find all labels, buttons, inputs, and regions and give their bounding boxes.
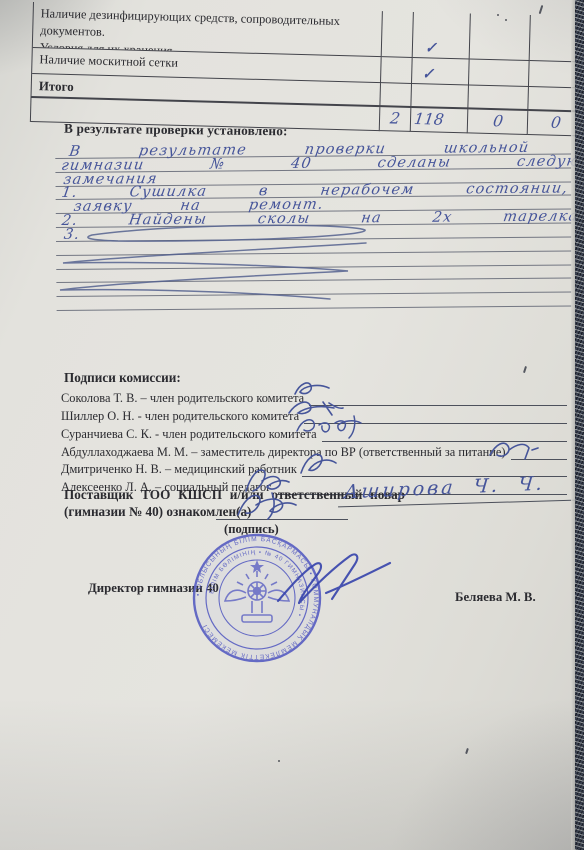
result-heading: В результате проверки установлено: xyxy=(64,121,288,140)
checkmark: ✓ xyxy=(424,40,437,57)
table-cell xyxy=(381,57,413,84)
ruled-line xyxy=(56,250,572,256)
paper-speck xyxy=(497,14,499,16)
handwriting-area: В результате проверки школьной столовой … xyxy=(55,146,573,326)
total-value: 0 xyxy=(468,109,529,135)
table-cell xyxy=(469,59,530,87)
member-name-role: Суранчиева С. К. - член родительского ко… xyxy=(61,427,317,442)
paper-speck xyxy=(278,760,280,762)
row3-label: Итого xyxy=(39,78,74,94)
commission-member-row: Суранчиева С. К. - член родительского ко… xyxy=(61,424,567,442)
supplier-line2: (гимназии № 40) ознакомлен(а) xyxy=(64,504,251,520)
paper-speck xyxy=(505,19,507,21)
table-cell xyxy=(412,58,470,85)
supplier-line1: Поставщик ТОО КШСП и/или ответственный п… xyxy=(64,487,352,503)
total-handwritten: 0 xyxy=(491,111,504,133)
director-signature xyxy=(268,543,398,617)
table-cell xyxy=(380,83,412,108)
pen-tick xyxy=(539,5,543,14)
ruled-line xyxy=(57,291,573,297)
member-underline xyxy=(304,408,567,424)
total-value: 2 xyxy=(380,107,412,132)
member-name-role: Дмитриченко Н. В. – медицинский работник xyxy=(61,462,297,477)
pen-tick xyxy=(465,748,468,754)
table-cell xyxy=(411,84,469,109)
total-handwritten: 0 xyxy=(550,112,563,134)
member-name-role: Шиллер О. Н. - член родительского комите… xyxy=(61,409,299,424)
commission-member-row: Шиллер О. Н. - член родительского комите… xyxy=(61,406,567,424)
table-cell xyxy=(382,11,414,58)
commission-heading: Подписи комиссии: xyxy=(64,370,181,386)
ruled-line xyxy=(56,236,572,242)
pen-tick xyxy=(523,366,527,373)
director-name: Беляева М. В. xyxy=(455,590,536,605)
total-value: 118 xyxy=(411,108,469,133)
member-underline xyxy=(309,390,567,406)
ruled-line xyxy=(56,277,572,283)
member-underline xyxy=(511,444,567,460)
supplier-sign-underline xyxy=(216,519,348,520)
inspection-table: Наличие дезинфицирующих средств, сопрово… xyxy=(30,2,584,139)
row2-label: Наличие москитной сетки xyxy=(39,52,178,70)
checkmark: ✓ xyxy=(422,66,435,83)
commission-member-row: Соколова Т. В. – член родительского коми… xyxy=(61,388,567,406)
scanned-inspection-act: Наличие дезинфицирующих средств, сопрово… xyxy=(0,0,584,850)
total-handwritten: 2 xyxy=(389,108,402,130)
commission-member-row: Абдуллаходжаева М. М. – заместитель дире… xyxy=(61,442,567,460)
ruled-line xyxy=(57,305,573,311)
table-cell xyxy=(468,85,529,111)
member-underline xyxy=(322,426,567,442)
ruled-line xyxy=(56,264,572,270)
photo-edge-strip xyxy=(575,0,584,850)
member-name-role: Соколова Т. В. – член родительского коми… xyxy=(61,391,304,406)
table-cell xyxy=(470,13,531,61)
member-name-role: Абдуллаходжаева М. М. – заместитель дире… xyxy=(61,445,506,460)
table-cell xyxy=(413,12,471,59)
total-handwritten: 118 xyxy=(413,109,445,131)
handwriting-line: 3. xyxy=(63,227,82,243)
